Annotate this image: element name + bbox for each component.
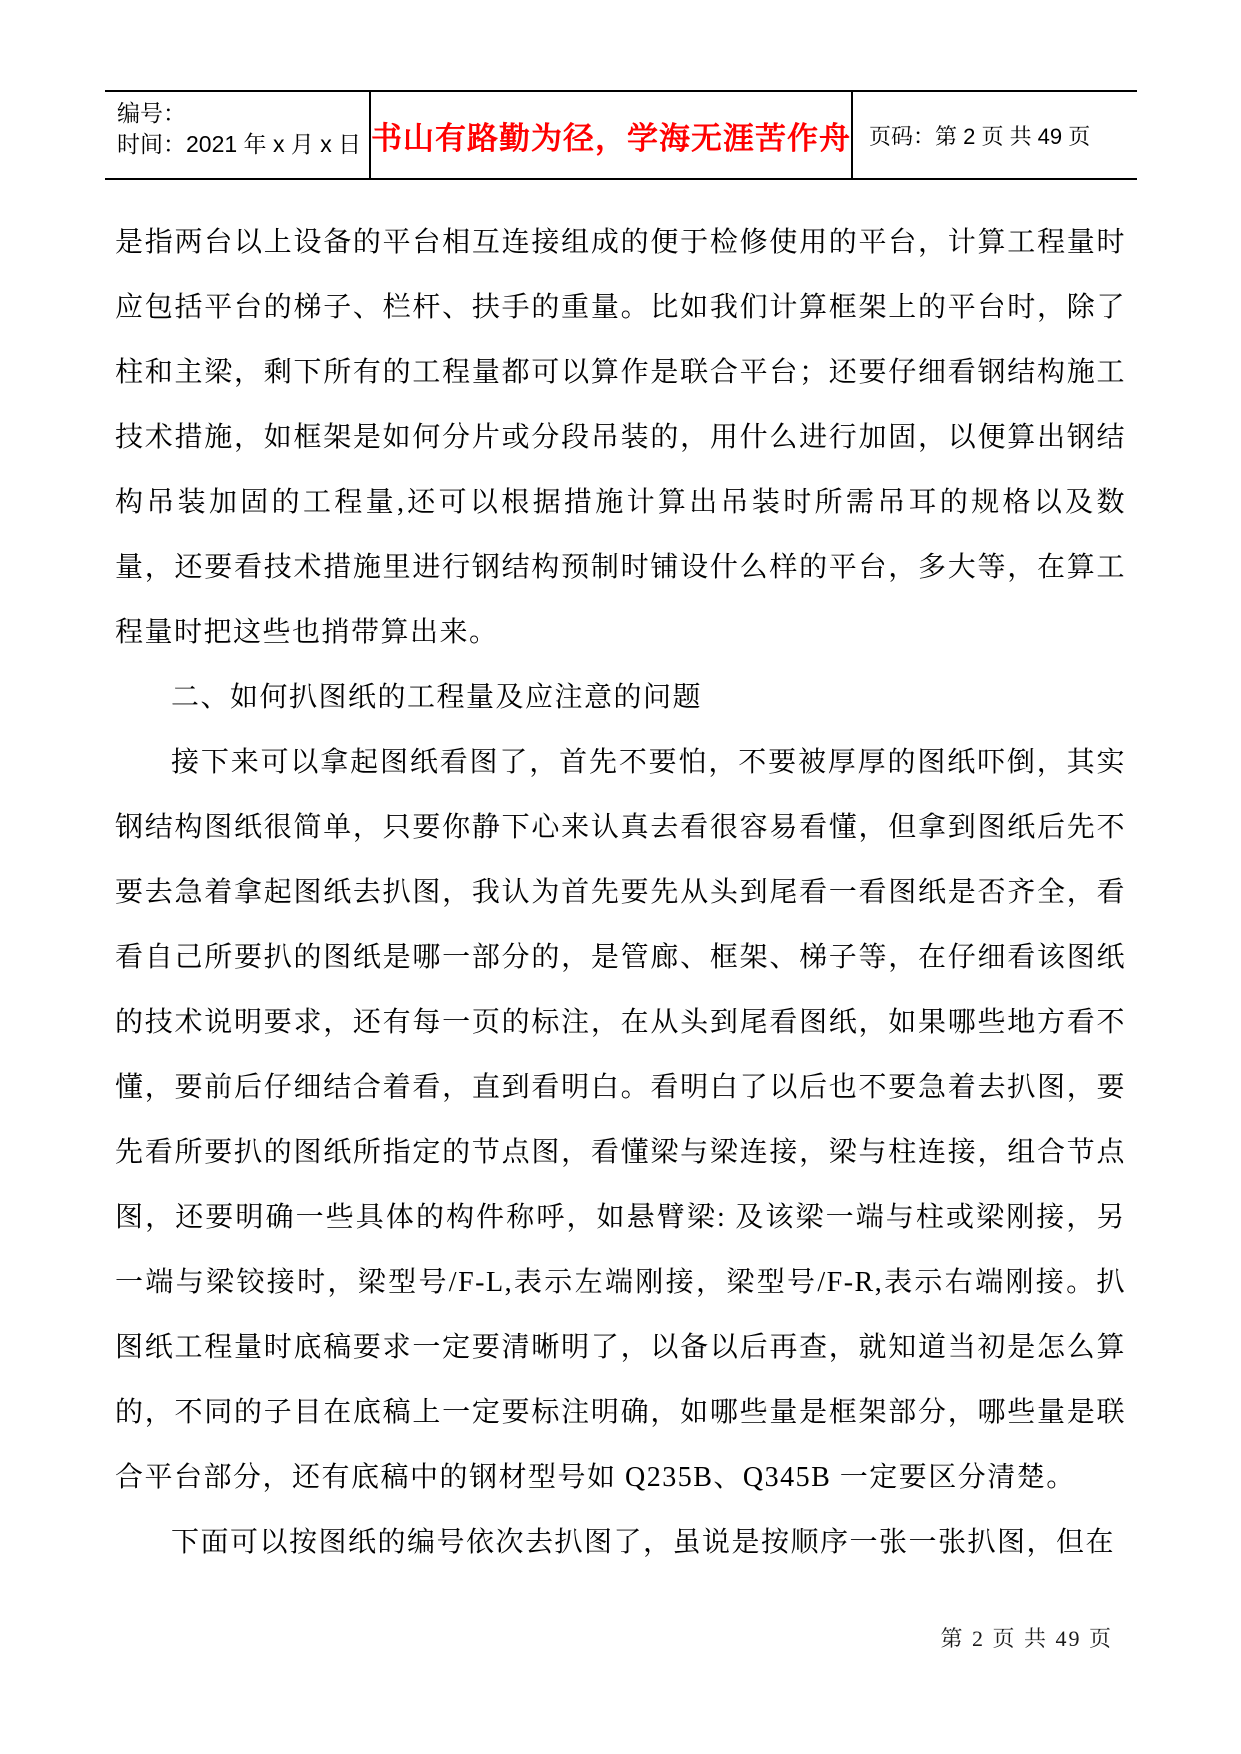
paragraph: 下面可以按图纸的编号依次去扒图了，虽说是按顺序一张一张扒图，但在 xyxy=(115,1510,1126,1575)
paragraph: 接下来可以拿起图纸看图了，首先不要怕，不要被厚厚的图纸吓倒，其实钢结构图纸很简单… xyxy=(115,730,1126,1510)
paragraph-continuation: 是指两台以上设备的平台相互连接组成的便于检修使用的平台，计算工程量时应包括平台的… xyxy=(115,210,1126,665)
document-page: 编号： 时间：2021 年 x 月 x 日 书山有路勤为径，学海无涯苦作舟 页码… xyxy=(0,0,1241,1754)
document-body: 是指两台以上设备的平台相互连接组成的便于检修使用的平台，计算工程量时应包括平台的… xyxy=(115,210,1126,1575)
doc-date-label: 时间：2021 年 x 月 x 日 xyxy=(117,129,361,160)
header-page-label: 页码：第 2 页 共 49 页 xyxy=(869,120,1090,151)
section-heading: 二、如何扒图纸的工程量及应注意的问题 xyxy=(115,665,1126,730)
header-meta-cell: 编号： 时间：2021 年 x 月 x 日 xyxy=(105,92,369,178)
page-footer: 第 2 页 共 49 页 xyxy=(940,1622,1113,1653)
motto-text: 书山有路勤为径，学海无涯苦作舟 xyxy=(371,113,851,158)
header-table: 编号： 时间：2021 年 x 月 x 日 书山有路勤为径，学海无涯苦作舟 页码… xyxy=(105,90,1137,180)
footer-page-label: 第 2 页 共 49 页 xyxy=(940,1626,1113,1651)
doc-number-label: 编号： xyxy=(117,98,361,129)
header-motto-cell: 书山有路勤为径，学海无涯苦作舟 xyxy=(369,92,853,178)
header-page-cell: 页码：第 2 页 共 49 页 xyxy=(853,92,1137,178)
